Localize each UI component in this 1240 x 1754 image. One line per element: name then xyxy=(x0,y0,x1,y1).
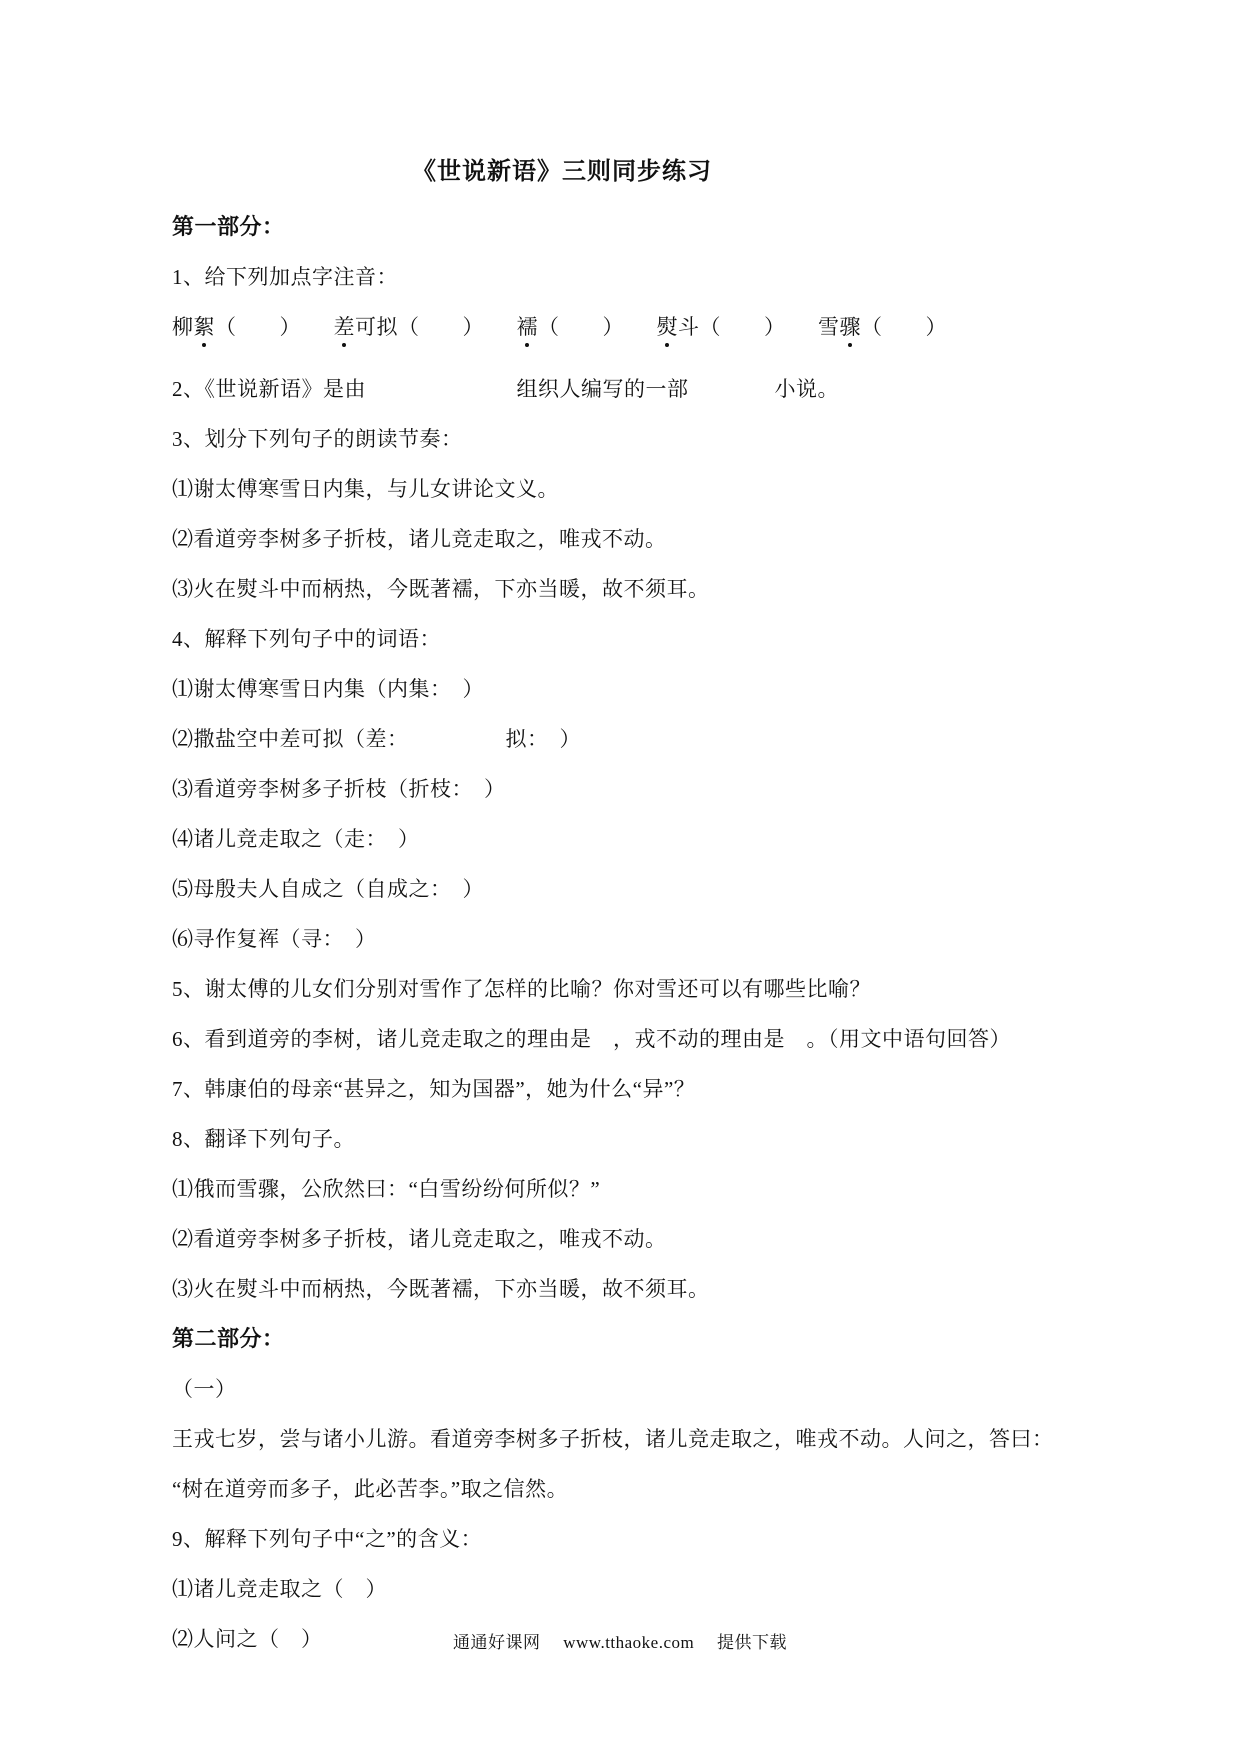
text-line: 7、韩康伯的母亲“甚异之，知为国器”，她为什么“异”？ xyxy=(172,1078,1082,1100)
text-line: 5、谢太傅的儿女们分别对雪作了怎样的比喻？你对雪还可以有哪些比喻？ xyxy=(172,978,1082,1000)
text-line: 6、看到道旁的李树，诸儿竞走取之的理由是 ，戎不动的理由是 。（用文中语句回答） xyxy=(172,1028,1082,1050)
text-segment: 斗（ ） xyxy=(678,315,818,339)
footer-suffix: 提供下载 xyxy=(717,1633,787,1652)
footer-site-name: 通通好课网 xyxy=(453,1633,541,1652)
text-line: ⑸母殷夫人自成之（自成之： ） xyxy=(172,878,1082,900)
text-segment: （ ） xyxy=(538,315,657,339)
text-line: “树在道旁而多子，此必苦李。”取之信然。 xyxy=(172,1478,1082,1500)
text-line: 8、翻译下列句子。 xyxy=(172,1128,1082,1150)
section-heading: 第一部分： xyxy=(172,216,1082,238)
text-line: （一） xyxy=(172,1378,1082,1400)
text-line: ⑵看道旁李树多子折枝，诸儿竞走取之，唯戎不动。 xyxy=(172,528,1082,550)
pinyin-question-line: 柳絮（ ） 差可拟（ ） 襦（ ） 熨斗（ ） 雪骤（ ） xyxy=(172,316,1082,338)
text-line: 4、解释下列句子中的词语： xyxy=(172,628,1082,650)
text-segment: 可拟（ ） xyxy=(355,315,517,339)
footer-site-url: www.tthaoke.com xyxy=(563,1633,694,1652)
text-line: 9、解释下列句子中“之”的含义： xyxy=(172,1528,1082,1550)
text-segment: （ ） xyxy=(861,315,947,339)
text-line: ⑷诸儿竞走取之（走： ） xyxy=(172,828,1082,850)
text-line: ⑴诸儿竞走取之（ ） xyxy=(172,1578,1082,1600)
worksheet-content: 《世说新语》三则同步练习 第一部分：1、给下列加点字注音：柳絮（ ） 差可拟（ … xyxy=(172,158,1082,1678)
dotted-char: 差 xyxy=(334,316,356,338)
text-line: 1、给下列加点字注音： xyxy=(172,266,1082,288)
footer: 通通好课网 www.tthaoke.com 提供下载 xyxy=(0,1628,1240,1653)
text-line: ⑶火在熨斗中而柄热，今既著襦，下亦当暖，故不须耳。 xyxy=(172,578,1082,600)
section-heading: 第二部分： xyxy=(172,1328,1082,1350)
text-line: ⑴俄而雪骤，公欣然曰：“白雪纷纷何所似？” xyxy=(172,1178,1082,1200)
text-line: ⑵看道旁李树多子折枝，诸儿竞走取之，唯戎不动。 xyxy=(172,1228,1082,1250)
text-segment: 雪 xyxy=(818,315,840,339)
worksheet-body: 第一部分：1、给下列加点字注音：柳絮（ ） 差可拟（ ） 襦（ ） 熨斗（ ） … xyxy=(172,216,1082,1650)
dotted-char: 骤 xyxy=(840,316,862,338)
dotted-char: 絮 xyxy=(194,316,216,338)
text-segment: （ ） xyxy=(215,315,334,339)
text-line: ⑴谢太傅寒雪日内集（内集： ） xyxy=(172,678,1082,700)
dotted-char: 熨 xyxy=(657,316,679,338)
text-line: ⑵撒盐空中差可拟（差： 拟： ） xyxy=(172,728,1082,750)
worksheet-page: 《世说新语》三则同步练习 第一部分：1、给下列加点字注音：柳絮（ ） 差可拟（ … xyxy=(0,0,1240,1754)
dotted-char: 襦 xyxy=(517,316,539,338)
text-line: 3、划分下列句子的朗读节奏： xyxy=(172,428,1082,450)
text-segment: 柳 xyxy=(172,315,194,339)
text-line: ⑶看道旁李树多子折枝（折枝： ） xyxy=(172,778,1082,800)
text-line: ⑴谢太傅寒雪日内集，与儿女讲论文义。 xyxy=(172,478,1082,500)
text-line: ⑶火在熨斗中而柄热，今既著襦，下亦当暖，故不须耳。 xyxy=(172,1278,1082,1300)
text-line: 王戎七岁，尝与诸小儿游。看道旁李树多子折枝，诸儿竞走取之，唯戎不动。人问之，答曰… xyxy=(172,1428,1082,1450)
text-line: ⑹寻作复裈（寻： ） xyxy=(172,928,1082,950)
page-title: 《世说新语》三则同步练习 xyxy=(172,158,952,186)
text-line: 2、《世说新语》是由 组织人编写的一部 小说。 xyxy=(172,378,1082,400)
